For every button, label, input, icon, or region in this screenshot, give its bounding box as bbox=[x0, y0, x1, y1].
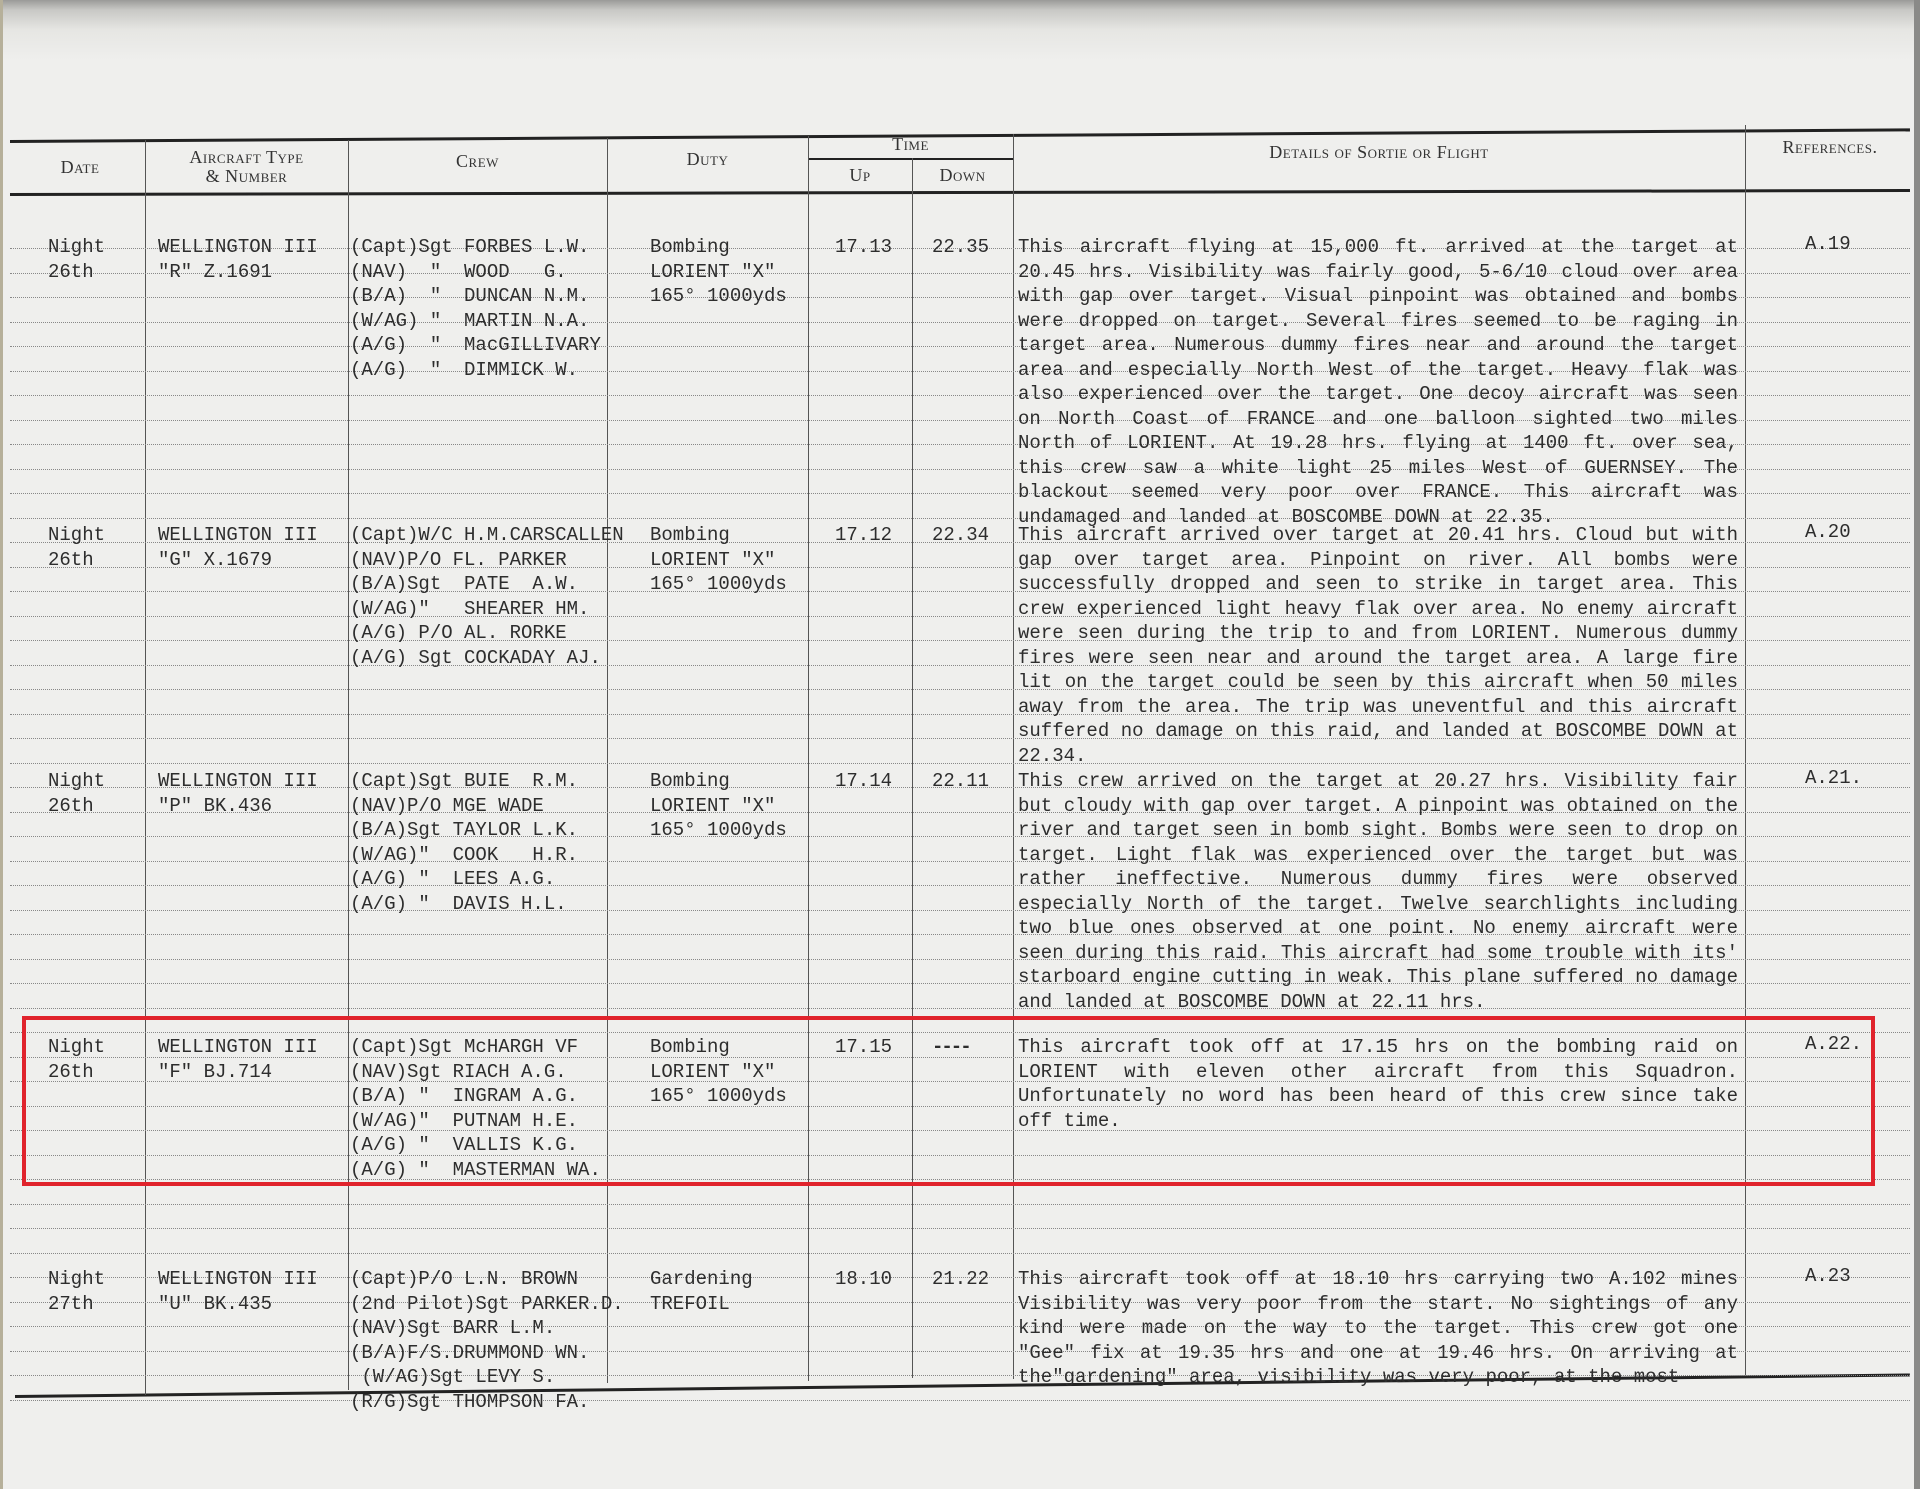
time-up: 17.12 bbox=[835, 523, 892, 548]
aircraft-type-number: WELLINGTON III"R" Z.1691 bbox=[158, 235, 318, 284]
duty-line: TREFOIL bbox=[650, 1292, 753, 1317]
crew-member: (B/A)Sgt PATE A.W. bbox=[350, 572, 624, 597]
crew-member: (A/G) " DIMMICK W. bbox=[350, 358, 601, 383]
scan-edge-right bbox=[1914, 0, 1920, 1489]
time-down: 22.11 bbox=[932, 769, 989, 794]
aircraft-type-number: WELLINGTON III"U" BK.435 bbox=[158, 1267, 318, 1316]
aircraft-type-number: WELLINGTON III"F" BJ.714 bbox=[158, 1035, 318, 1084]
crew-member: (B/A)F/S.DRUMMOND WN. bbox=[350, 1341, 624, 1366]
crew-member: (NAV) " WOOD G. bbox=[350, 260, 601, 285]
duty-line: 165° 1000yds bbox=[650, 572, 787, 597]
crew-member: (W/AG)" COOK H.R. bbox=[350, 843, 578, 868]
duty-line: LORIENT "X" bbox=[650, 794, 787, 819]
scan-edge-top bbox=[0, 0, 1920, 60]
aircraft-line: WELLINGTON III bbox=[158, 769, 318, 794]
crew-member: (A/G) " MASTERMAN WA. bbox=[350, 1158, 601, 1183]
header-date: Date bbox=[15, 158, 145, 177]
time-subheader-rule bbox=[808, 158, 1013, 160]
header-crew: Crew bbox=[348, 152, 607, 171]
aircraft-type-number: WELLINGTON III"G" X.1679 bbox=[158, 523, 318, 572]
date-line: Night bbox=[48, 1267, 105, 1292]
crew-member: (A/G) " VALLIS K.G. bbox=[350, 1133, 601, 1158]
ruled-line bbox=[10, 1400, 1910, 1401]
crew-member: (Capt)Sgt BUIE R.M. bbox=[350, 769, 578, 794]
header-down: Down bbox=[912, 166, 1013, 185]
date-line: 26th bbox=[48, 548, 105, 573]
duty: BombingLORIENT "X"165° 1000yds bbox=[650, 769, 787, 843]
col-divider-up bbox=[912, 158, 913, 1378]
aircraft-line: "R" Z.1691 bbox=[158, 260, 318, 285]
aircraft-line: WELLINGTON III bbox=[158, 523, 318, 548]
sortie-date: Night26th bbox=[48, 523, 105, 572]
reference: A.21. bbox=[1805, 766, 1862, 791]
duty: BombingLORIENT "X"165° 1000yds bbox=[650, 1035, 787, 1109]
ruled-line bbox=[10, 1155, 1910, 1156]
ruled-line bbox=[10, 1032, 1910, 1033]
crew-member: (Capt)Sgt FORBES L.W. bbox=[350, 235, 601, 260]
ruled-line bbox=[10, 1253, 1910, 1254]
reference: A.20 bbox=[1805, 520, 1851, 545]
crew-member: (NAV)P/O MGE WADE bbox=[350, 794, 578, 819]
aircraft-line: WELLINGTON III bbox=[158, 1267, 318, 1292]
reference: A.22. bbox=[1805, 1032, 1862, 1057]
time-up: 18.10 bbox=[835, 1267, 892, 1292]
crew-member: (2nd Pilot)Sgt PARKER.D. bbox=[350, 1292, 624, 1317]
reference: A.19 bbox=[1805, 232, 1851, 257]
header-details: Details of Sortie or Flight bbox=[1013, 143, 1745, 162]
header-time: Time bbox=[808, 135, 1013, 154]
duty-line: Gardening bbox=[650, 1267, 753, 1292]
date-line: 27th bbox=[48, 1292, 105, 1317]
crew-member: (B/A)Sgt TAYLOR L.K. bbox=[350, 818, 578, 843]
header-bottom-rule bbox=[10, 189, 1910, 196]
crew-member: (Capt)Sgt McHARGH VF bbox=[350, 1035, 601, 1060]
header-references: References. bbox=[1745, 138, 1915, 157]
col-divider-duty bbox=[808, 136, 809, 1381]
crew-member: (W/AG) " MARTIN N.A. bbox=[350, 309, 601, 334]
crew-member: (A/G) Sgt COCKADAY AJ. bbox=[350, 646, 624, 671]
duty-line: Bombing bbox=[650, 235, 787, 260]
time-down: ---- bbox=[932, 1035, 970, 1060]
crew-member: (W/AG)" PUTNAM H.E. bbox=[350, 1109, 601, 1134]
duty: BombingLORIENT "X"165° 1000yds bbox=[650, 235, 787, 309]
duty-line: 165° 1000yds bbox=[650, 284, 787, 309]
sortie-date: Night27th bbox=[48, 1267, 105, 1316]
header-duty: Duty bbox=[607, 150, 808, 169]
crew-member: (A/G) " MacGILLIVARY bbox=[350, 333, 601, 358]
date-line: 26th bbox=[48, 794, 105, 819]
aircraft-type-number: WELLINGTON III"P" BK.436 bbox=[158, 769, 318, 818]
time-down: 22.35 bbox=[932, 235, 989, 260]
crew-member: (NAV)Sgt RIACH A.G. bbox=[350, 1060, 601, 1085]
time-up: 17.13 bbox=[835, 235, 892, 260]
aircraft-line: WELLINGTON III bbox=[158, 235, 318, 260]
time-up: 17.15 bbox=[835, 1035, 892, 1060]
crew-member: (NAV)P/O FL. PARKER bbox=[350, 548, 624, 573]
crew-member: (NAV)Sgt BARR L.M. bbox=[350, 1316, 624, 1341]
crew-list: (Capt)W/C H.M.CARSCALLEN(NAV)P/O FL. PAR… bbox=[350, 523, 624, 670]
crew-member: (W/AG)" SHEARER HM. bbox=[350, 597, 624, 622]
ruled-line bbox=[10, 1228, 1910, 1229]
crew-list: (Capt)Sgt McHARGH VF(NAV)Sgt RIACH A.G.(… bbox=[350, 1035, 601, 1182]
date-line: Night bbox=[48, 235, 105, 260]
aircraft-line: "U" BK.435 bbox=[158, 1292, 318, 1317]
duty: GardeningTREFOIL bbox=[650, 1267, 753, 1316]
ruled-line bbox=[10, 1179, 1910, 1180]
aircraft-line: WELLINGTON III bbox=[158, 1035, 318, 1060]
sortie-details: This aircraft arrived over target at 20.… bbox=[1018, 523, 1738, 768]
duty-line: Bombing bbox=[650, 769, 787, 794]
crew-list: (Capt)Sgt FORBES L.W.(NAV) " WOOD G.(B/A… bbox=[350, 235, 601, 382]
date-line: Night bbox=[48, 523, 105, 548]
ruled-line bbox=[10, 1204, 1910, 1205]
reference: A.23 bbox=[1805, 1264, 1851, 1289]
date-line: Night bbox=[48, 769, 105, 794]
sortie-date: Night26th bbox=[48, 235, 105, 284]
header-aircraft: Aircraft Type & Number bbox=[145, 148, 348, 186]
sortie-date: Night26th bbox=[48, 769, 105, 818]
duty-line: 165° 1000yds bbox=[650, 1084, 787, 1109]
crew-member: (A/G) " DAVIS H.L. bbox=[350, 892, 578, 917]
date-line: Night bbox=[48, 1035, 105, 1060]
time-up: 17.14 bbox=[835, 769, 892, 794]
sortie-details: This aircraft took off at 18.10 hrs carr… bbox=[1018, 1267, 1738, 1390]
crew-list: (Capt)Sgt BUIE R.M.(NAV)P/O MGE WADE(B/A… bbox=[350, 769, 578, 916]
duty-line: LORIENT "X" bbox=[650, 260, 787, 285]
crew-member: (A/G) " LEES A.G. bbox=[350, 867, 578, 892]
sortie-details: This crew arrived on the target at 20.27… bbox=[1018, 769, 1738, 1014]
date-line: 26th bbox=[48, 260, 105, 285]
crew-member: (B/A) " DUNCAN N.M. bbox=[350, 284, 601, 309]
sortie-details: This aircraft took off at 17.15 hrs on t… bbox=[1018, 1035, 1738, 1133]
col-divider-details bbox=[1745, 125, 1746, 1375]
duty: BombingLORIENT "X"165° 1000yds bbox=[650, 523, 787, 597]
time-down: 22.34 bbox=[932, 523, 989, 548]
crew-list: (Capt)P/O L.N. BROWN(2nd Pilot)Sgt PARKE… bbox=[350, 1267, 624, 1414]
col-divider-date bbox=[145, 140, 146, 1395]
header-up: Up bbox=[808, 166, 912, 185]
col-divider-aircraft bbox=[348, 140, 349, 1390]
sortie-details: This aircraft flying at 15,000 ft. arriv… bbox=[1018, 235, 1738, 529]
duty-line: Bombing bbox=[650, 523, 787, 548]
aircraft-line: "P" BK.436 bbox=[158, 794, 318, 819]
time-down: 21.22 bbox=[932, 1267, 989, 1292]
header-aircraft-label: Aircraft Type & Number bbox=[182, 148, 312, 186]
duty-line: Bombing bbox=[650, 1035, 787, 1060]
duty-line: LORIENT "X" bbox=[650, 548, 787, 573]
crew-member: (A/G) P/O AL. RORKE bbox=[350, 621, 624, 646]
aircraft-line: "F" BJ.714 bbox=[158, 1060, 318, 1085]
crew-member: (Capt)P/O L.N. BROWN bbox=[350, 1267, 624, 1292]
crew-member: (B/A) " INGRAM A.G. bbox=[350, 1084, 601, 1109]
sortie-date: Night26th bbox=[48, 1035, 105, 1084]
crew-member: (Capt)W/C H.M.CARSCALLEN bbox=[350, 523, 624, 548]
date-line: 26th bbox=[48, 1060, 105, 1085]
col-divider-crew bbox=[607, 138, 608, 1383]
scan-edge-left bbox=[0, 0, 3, 1489]
crew-member: (R/G)Sgt THOMPSON FA. bbox=[350, 1390, 624, 1415]
crew-member: (W/AG)Sgt LEVY S. bbox=[350, 1365, 624, 1390]
duty-line: 165° 1000yds bbox=[650, 818, 787, 843]
aircraft-line: "G" X.1679 bbox=[158, 548, 318, 573]
duty-line: LORIENT "X" bbox=[650, 1060, 787, 1085]
